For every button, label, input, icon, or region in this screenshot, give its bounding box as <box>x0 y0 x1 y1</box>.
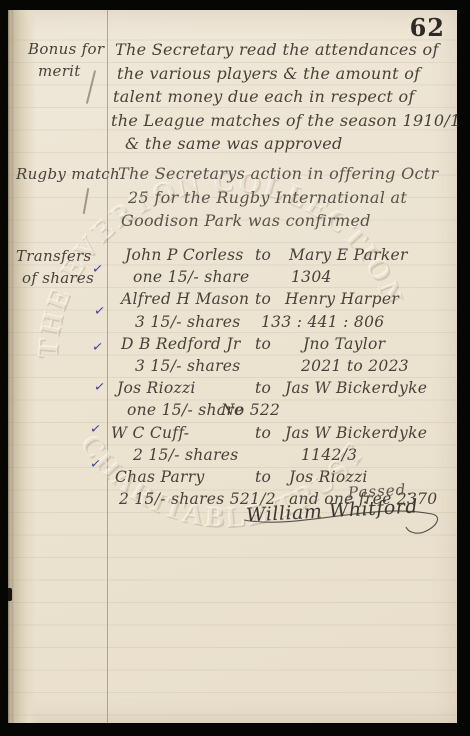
transfer-to: Jno Taylor <box>303 333 385 355</box>
margin-note-rugby: Rugby match <box>16 165 120 183</box>
transfer-detail-row: 2 15/- shares 1142/3 <box>113 444 457 466</box>
transfer-detail-row: 3 15/- shares 2021 to 2023 <box>113 355 457 377</box>
transfer-row: D B Redford Jr to Jno Taylor <box>113 333 457 355</box>
transfer-to-word: to <box>255 422 271 444</box>
minute-line: the League matches of the season 1910/11 <box>111 109 457 133</box>
minute-bonus-text: The Secretary read the attendances of th… <box>113 38 457 156</box>
share-description: 3 15/- shares <box>135 355 241 377</box>
signature-block: William Whitford <box>240 494 450 540</box>
share-description: 2 15/- shares <box>133 444 239 466</box>
minute-line: the various players & the amount of <box>117 62 457 86</box>
blue-tick-icon: ✓ <box>89 421 102 437</box>
share-numbers: 1304 <box>291 266 332 288</box>
transfer-detail-row: one 15/- share No 522 <box>113 399 457 421</box>
transfer-from: John P Corless <box>125 244 244 266</box>
transfer-to: Mary E Parker <box>289 244 408 266</box>
minute-line: The Secretary read the attendances of <box>115 38 457 62</box>
blue-tick-icon: ✓ <box>93 379 106 395</box>
transfer-detail-row: one 15/- share 1304 <box>113 266 457 288</box>
transfer-from: Chas Parry <box>115 466 205 488</box>
margin-note-bonus-line1: Bonus for <box>28 40 104 58</box>
transfer-from: D B Redford Jr <box>121 333 241 355</box>
transfer-row: John P Corless to Mary E Parker <box>113 244 457 266</box>
transfer-to-word: to <box>255 377 271 399</box>
page-edge-mark <box>8 588 12 601</box>
share-numbers: 2021 to 2023 <box>301 355 409 377</box>
share-numbers: No 522 <box>221 399 280 421</box>
transfer-to: Jas W Bickerdyke <box>285 422 427 444</box>
red-margin-line <box>107 10 108 723</box>
minute-rugby-text: The Secretarys action in offering Octr 2… <box>113 162 457 233</box>
transfer-from: Jos Riozzi <box>117 377 196 399</box>
minute-line: & the same was approved <box>125 132 457 156</box>
ledger-page: THE EVERTON COLLECTION THE EVERTON COLLE… <box>8 10 457 723</box>
transfer-row: Jos Riozzi to Jas W Bickerdyke <box>113 377 457 399</box>
scanned-minute-book-photo: THE EVERTON COLLECTION THE EVERTON COLLE… <box>0 0 470 736</box>
share-numbers: 1142/3 <box>301 444 357 466</box>
minute-line: Goodison Park was confirmed <box>121 209 457 233</box>
pencil-check-stroke <box>86 70 96 103</box>
share-description: one 15/- share <box>133 266 249 288</box>
transfer-row: W C Cuff- to Jas W Bickerdyke <box>113 422 457 444</box>
transfer-to-word: to <box>255 333 271 355</box>
transfer-to: Jas W Bickerdyke <box>285 377 427 399</box>
transfer-to-word: to <box>255 244 271 266</box>
pencil-check-stroke <box>83 188 89 214</box>
transfers-list: John P Corless to Mary E Parker one 15/-… <box>113 244 457 510</box>
share-numbers: 133 : 441 : 806 <box>261 311 384 333</box>
transfer-from: Alfred H Mason <box>121 288 249 310</box>
minute-line: 25 for the Rugby International at <box>128 186 457 210</box>
margin-note-bonus-line2: merit <box>38 62 81 80</box>
minute-line: The Secretarys action in offering Octr <box>118 162 457 186</box>
margin-note-transfers-line1: Transfers <box>16 247 91 265</box>
minute-line: talent money due each in respect of <box>113 85 457 109</box>
transfer-to-word: to <box>255 288 271 310</box>
blue-tick-icon: ✓ <box>93 303 106 319</box>
blue-tick-icon: ✓ <box>91 261 104 277</box>
blue-tick-icon: ✓ <box>89 456 102 472</box>
blue-tick-icon: ✓ <box>91 339 104 355</box>
margin-note-transfers-line2: of shares <box>22 269 94 287</box>
binding-edge <box>8 10 36 723</box>
transfer-to: Henry Harper <box>285 288 399 310</box>
transfer-row: Alfred H Mason to Henry Harper <box>113 288 457 310</box>
transfer-to-word: to <box>255 466 271 488</box>
transfer-from: W C Cuff- <box>111 422 189 444</box>
transfer-detail-row: 3 15/- shares 133 : 441 : 806 <box>113 311 457 333</box>
share-description: 3 15/- shares <box>135 311 241 333</box>
